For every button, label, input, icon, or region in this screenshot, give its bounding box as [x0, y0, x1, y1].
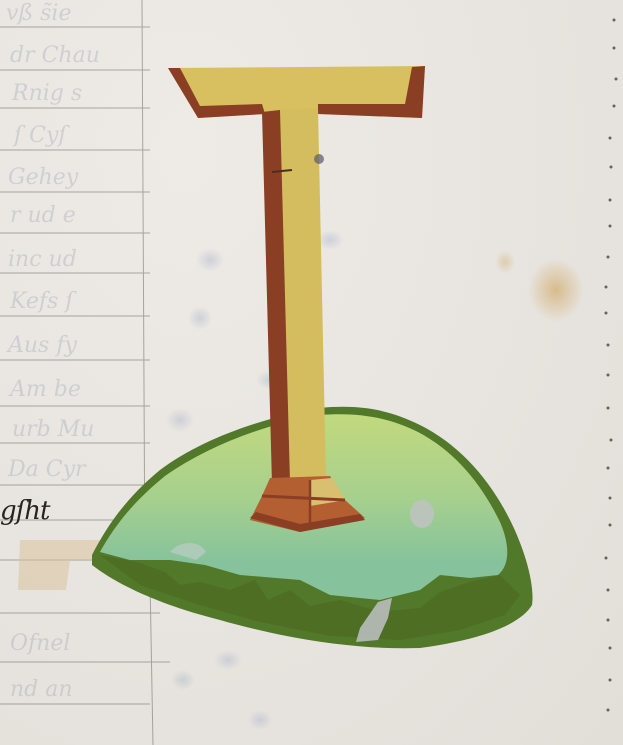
svg-text:vß s̃ie: vß s̃ie — [6, 1, 71, 26]
svg-text:Ofnel: Ofnel — [10, 631, 70, 656]
stain — [528, 258, 584, 322]
svg-text:Da Cyr: Da Cyr — [7, 457, 87, 482]
svg-text:r ud e: r ud e — [10, 203, 76, 228]
ink-word-fragment: gſht — [0, 496, 49, 526]
svg-text:Rnig s: Rnig s — [11, 81, 82, 106]
show-through-text: vß s̃ie dr Chau Rnig s ſ Cyſ Gehey r ud … — [6, 1, 100, 702]
svg-text:inc ud: inc ud — [8, 247, 77, 272]
svg-text:urb Mu: urb Mu — [12, 417, 94, 442]
manuscript-page: vß s̃ie dr Chau Rnig s ſ Cyſ Gehey r ud … — [0, 0, 623, 745]
pricking-marks — [605, 19, 618, 712]
svg-text:Am be: Am be — [8, 377, 81, 402]
svg-text:Kefs ſ: Kefs ſ — [9, 289, 77, 314]
svg-text:ſ Cyſ: ſ Cyſ — [12, 123, 70, 148]
svg-text:dr Chau: dr Chau — [10, 43, 100, 68]
svg-text:nd an: nd an — [10, 677, 73, 702]
illustration: vß s̃ie dr Chau Rnig s ſ Cyſ Gehey r ud … — [0, 0, 623, 745]
svg-text:Gehey: Gehey — [8, 165, 79, 190]
svg-text:Aus fy: Aus fy — [6, 333, 77, 358]
